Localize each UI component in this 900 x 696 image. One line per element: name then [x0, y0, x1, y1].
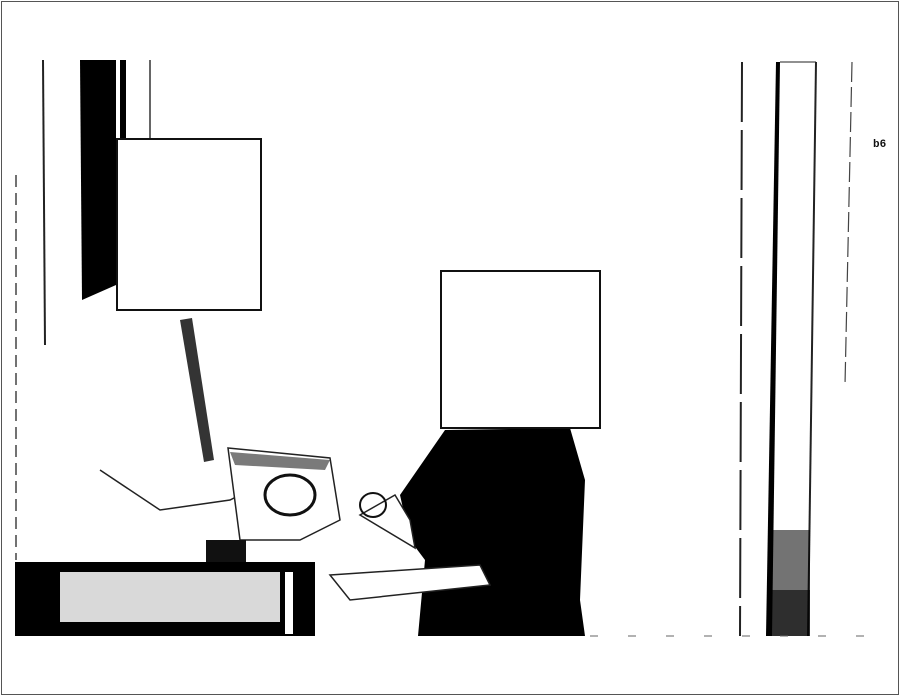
wall-edge-line	[43, 60, 45, 345]
redaction-box-left	[116, 138, 262, 311]
standing-person	[400, 428, 585, 636]
dark-door-panel	[80, 60, 116, 300]
pole	[180, 318, 214, 462]
exemption-marking: b6	[873, 139, 886, 151]
right-frame-line	[740, 62, 742, 636]
redaction-box-center	[440, 270, 601, 429]
